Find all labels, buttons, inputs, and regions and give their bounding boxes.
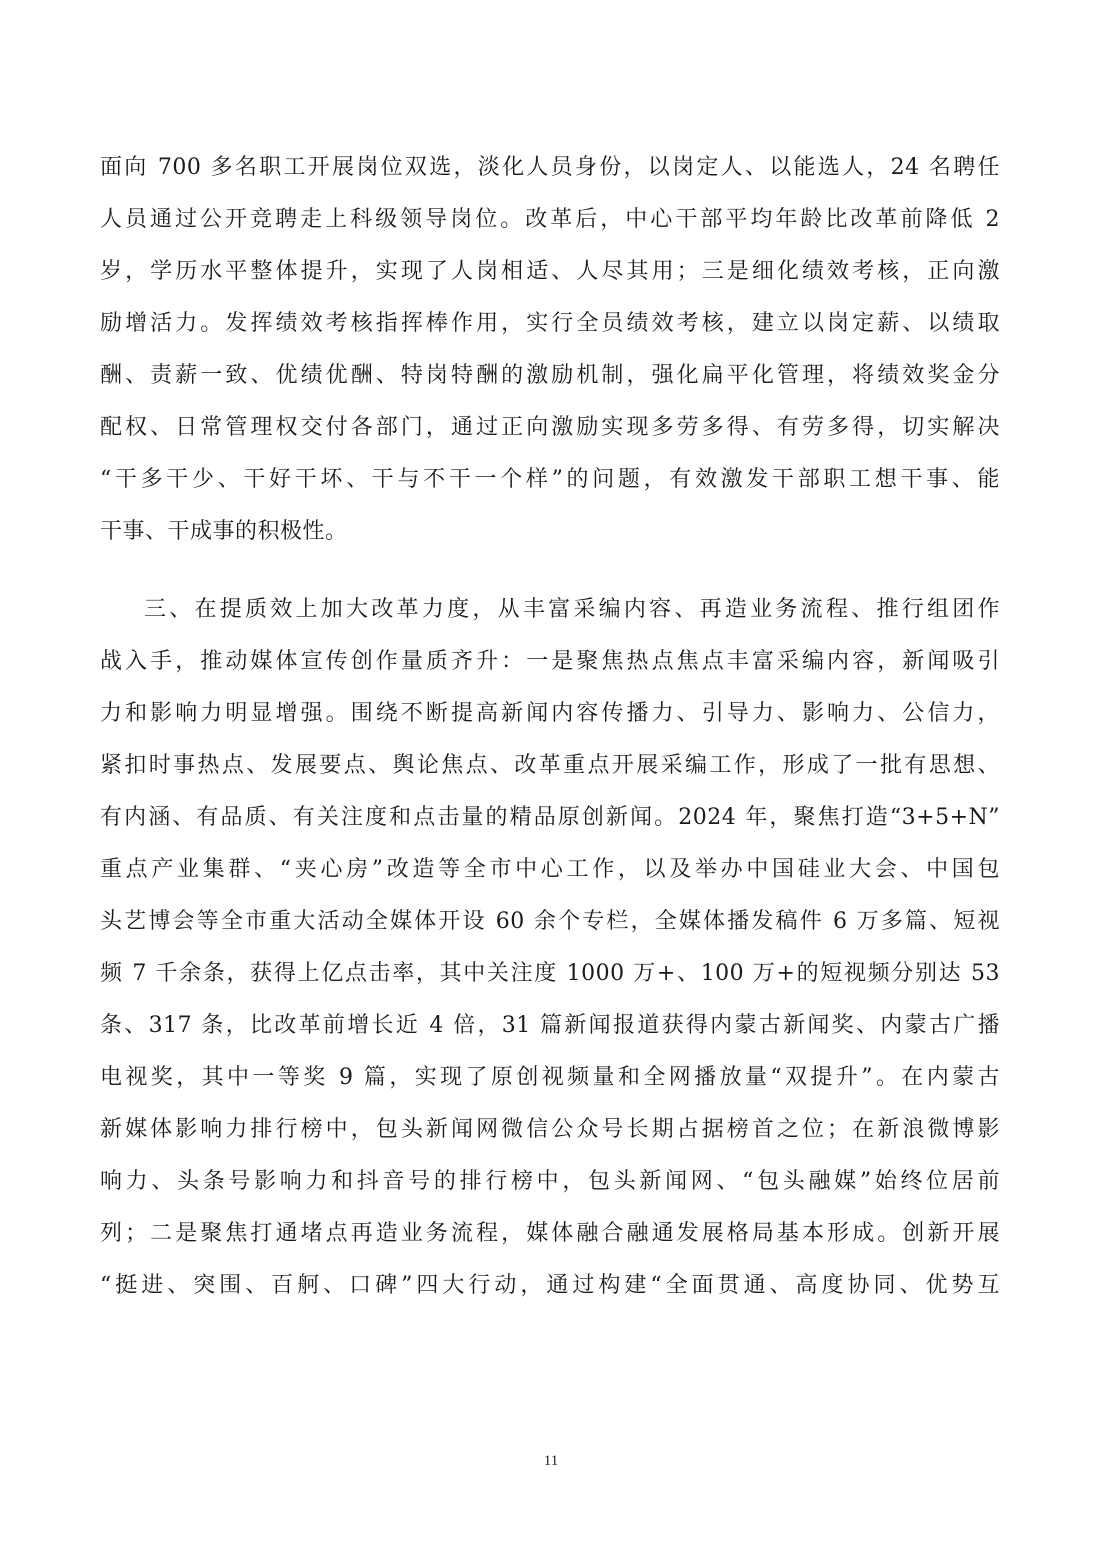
text-line: 干事、干成事的积极性。 [100,510,1000,562]
text-line: 人员通过公开竞聘走上科级领导岗位。改革后，中心干部平均年龄比改革前降低 2 [100,198,1000,250]
page-number: 11 [0,1453,1102,1470]
paragraph-spacer [100,562,1000,588]
paragraph-continuation: 面向 700 多名职工开展岗位双选，淡化人员身份，以岗定人、以能选人，24 名聘… [100,146,1000,562]
text-line: 励增活力。发挥绩效考核指挥棒作用，实行全员绩效考核，建立以岗定薪、以绩取 [100,302,1000,354]
text-line: 面向 700 多名职工开展岗位双选，淡化人员身份，以岗定人、以能选人，24 名聘… [100,146,1000,198]
document-page: 面向 700 多名职工开展岗位双选，淡化人员身份，以岗定人、以能选人，24 名聘… [0,0,1102,1559]
text-line: “干多干少、干好干坏、干与不干一个样”的问题，有效激发干部职工想干事、能 [100,458,1000,510]
text-line: 新媒体影响力排行榜中，包头新闻网微信公众号长期占据榜首之位；在新浪微博影 [100,1108,1000,1160]
text-line: 条、317 条，比改革前增长近 4 倍，31 篇新闻报道获得内蒙古新闻奖、内蒙古… [100,1004,1000,1056]
text-line: 重点产业集群、“夹心房”改造等全市中心工作，以及举办中国硅业大会、中国包 [100,848,1000,900]
text-line: 响力、头条号影响力和抖音号的排行榜中，包头新闻网、“包头融媒”始终位居前 [100,1160,1000,1212]
paragraph-section-three: 三、在提质效上加大改革力度，从丰富采编内容、再造业务流程、推行组团作 战入手，推… [100,588,1000,1316]
body-text: 面向 700 多名职工开展岗位双选，淡化人员身份，以岗定人、以能选人，24 名聘… [100,146,1000,1316]
text-line: “挺进、突围、百舸、口碑”四大行动，通过构建“全面贯通、高度协同、优势互 [100,1264,1000,1316]
text-line: 力和影响力明显增强。围绕不断提高新闻内容传播力、引导力、影响力、公信力， [100,692,1000,744]
text-line: 酬、责薪一致、优绩优酬、特岗特酬的激励机制，强化扁平化管理，将绩效奖金分 [100,354,1000,406]
text-line-indented: 三、在提质效上加大改革力度，从丰富采编内容、再造业务流程、推行组团作 [100,588,1000,640]
text-line: 配权、日常管理权交付各部门，通过正向激励实现多劳多得、有劳多得，切实解决 [100,406,1000,458]
text-line: 电视奖，其中一等奖 9 篇，实现了原创视频量和全网播放量“双提升”。在内蒙古 [100,1056,1000,1108]
text-line: 有内涵、有品质、有关注度和点击量的精品原创新闻。2024 年，聚焦打造“3+5+… [100,796,1000,848]
text-line: 紧扣时事热点、发展要点、舆论焦点、改革重点开展采编工作，形成了一批有思想、 [100,744,1000,796]
text-line: 频 7 千余条，获得上亿点击率，其中关注度 1000 万+、100 万+的短视频… [100,952,1000,1004]
text-line: 岁，学历水平整体提升，实现了人岗相适、人尽其用；三是细化绩效考核，正向激 [100,250,1000,302]
text-line: 列；二是聚焦打通堵点再造业务流程，媒体融合融通发展格局基本形成。创新开展 [100,1212,1000,1264]
text-line: 战入手，推动媒体宣传创作量质齐升：一是聚焦热点焦点丰富采编内容，新闻吸引 [100,640,1000,692]
text-line: 头艺博会等全市重大活动全媒体开设 60 余个专栏，全媒体播发稿件 6 万多篇、短… [100,900,1000,952]
